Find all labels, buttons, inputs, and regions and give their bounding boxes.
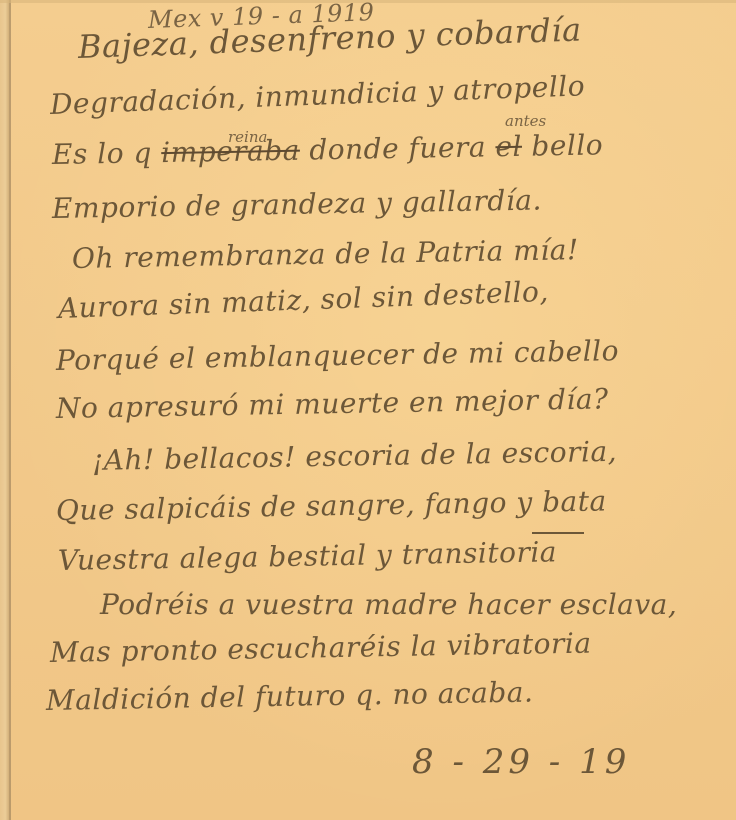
poem-line-7: Porqué el emblanquecer de mi cabello bbox=[56, 334, 620, 377]
poem-line-3: Es lo q imperaba donde fuera el bello bbox=[52, 128, 604, 171]
struck-word: imperaba bbox=[161, 134, 300, 169]
manuscript-page: Mex v 19 - a 1919 Bajeza, desenfreno y c… bbox=[0, 0, 736, 820]
poem-line-8: No apresuró mi muerte en mejor día? bbox=[56, 382, 609, 425]
poem-line-12: Podréis a vuestra madre hacer esclava, bbox=[100, 588, 677, 621]
poem-line-4: Emporio de grandeza y gallardía. bbox=[52, 183, 542, 225]
poem-line-11: Vuestra alega bestial y transitoria bbox=[58, 535, 558, 577]
poem-line-3-middle: donde fuera bbox=[300, 130, 496, 166]
underline-mark bbox=[532, 532, 584, 534]
struck-word-2: el bbox=[495, 130, 522, 163]
poem-line-6: Aurora sin matiz, sol sin destello, bbox=[57, 275, 549, 325]
poem-line-9: ¡Ah! bellacos! escoria de la escoria, bbox=[92, 435, 618, 477]
date-signature: 8 - 29 - 19 bbox=[412, 742, 630, 782]
paper-fold-line bbox=[9, 0, 11, 820]
poem-line-10: Que salpicáis de sangre, fango y bata bbox=[56, 484, 607, 527]
poem-line-14: Maldición del futuro q. no acaba. bbox=[46, 675, 534, 717]
poem-line-3-prefix: Es lo q bbox=[52, 136, 162, 171]
poem-line-5: Oh remembranza de la Patria mía! bbox=[72, 233, 579, 275]
insertion-antes: antes bbox=[505, 112, 546, 130]
poem-line-13: Mas pronto escucharéis la vibratoria bbox=[50, 627, 592, 669]
poem-line-3-suffix: bello bbox=[522, 128, 604, 162]
paper-left-edge bbox=[0, 0, 9, 820]
